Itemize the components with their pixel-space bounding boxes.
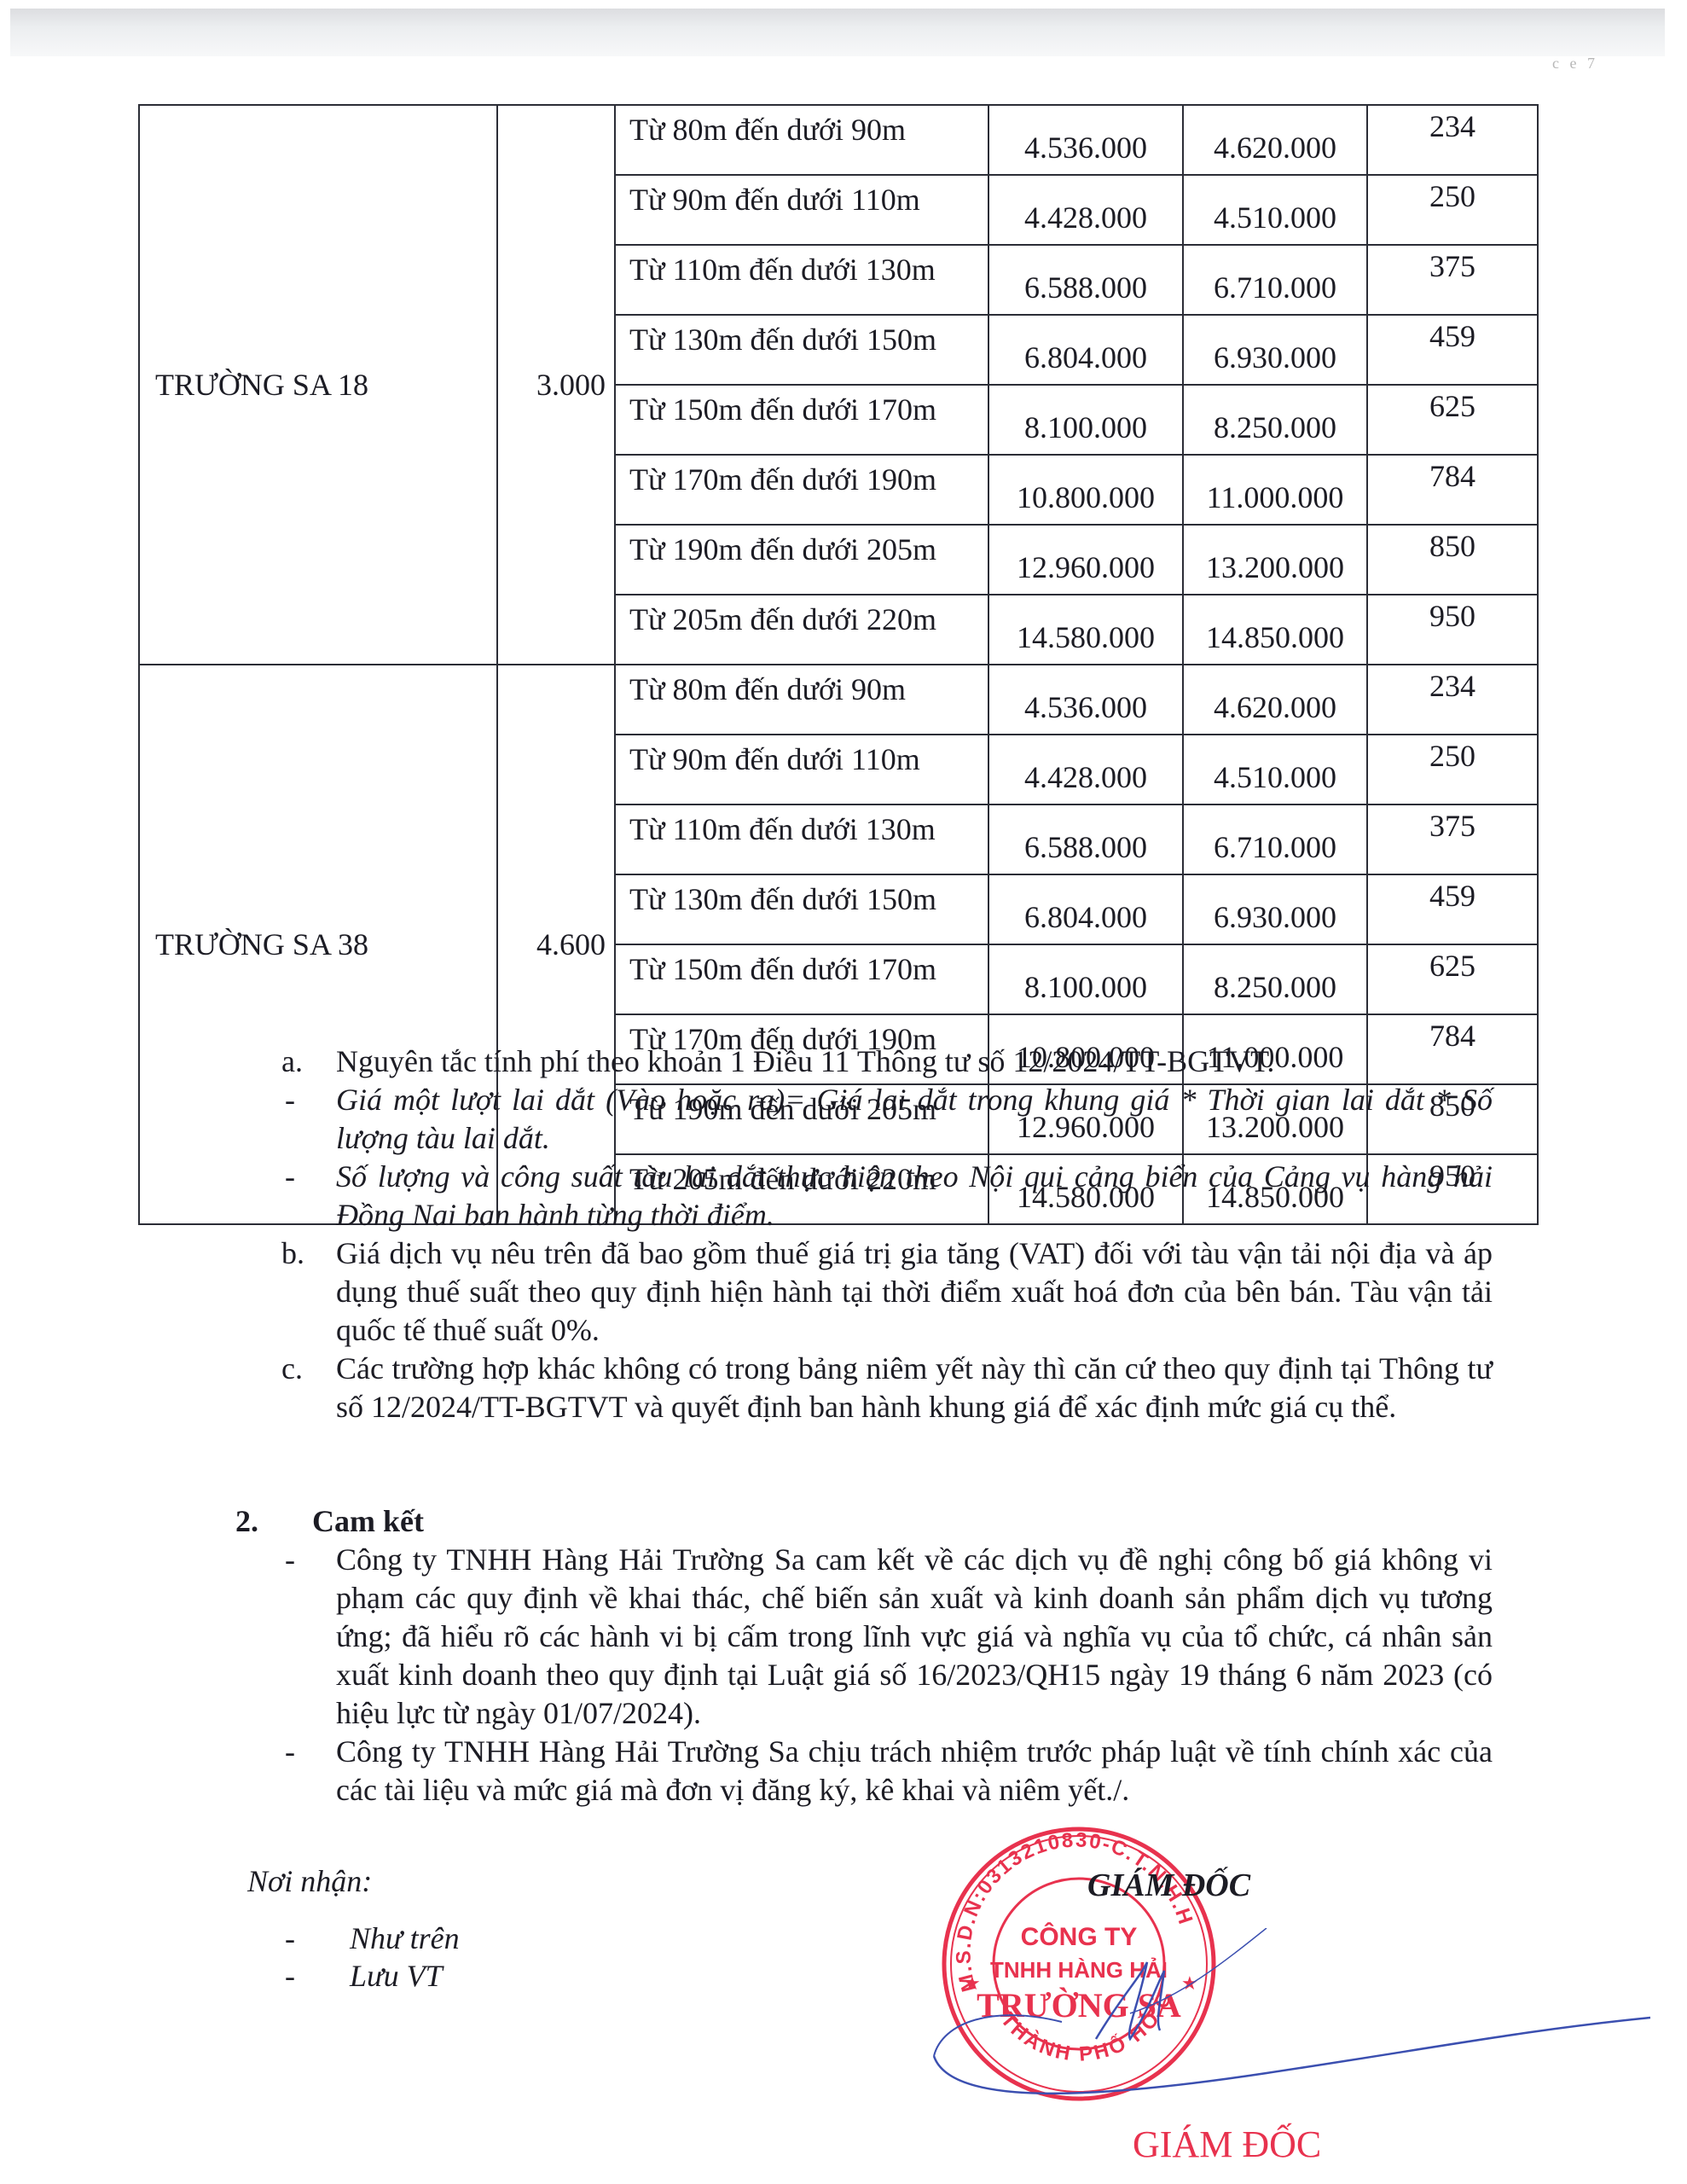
price-min-cell: 4.428.000 — [988, 175, 1183, 245]
price-min-cell: 6.588.000 — [988, 245, 1183, 315]
director-title: GIÁM ĐỐC — [1087, 1867, 1250, 1904]
note-text: Nguyên tắc tính phí theo khoản 1 Điều 11… — [336, 1044, 1274, 1078]
note-text: Các trường hợp khác không có trong bảng … — [336, 1351, 1493, 1424]
note-item: b.Giá dịch vụ nêu trên đã bao gồm thuế g… — [281, 1234, 1493, 1350]
range-cell: Từ 190m đến dưới 205m — [615, 525, 988, 595]
note-marker: b. — [281, 1234, 304, 1273]
usd-cell: 234 — [1367, 665, 1538, 735]
range-cell: Từ 80m đến dưới 90m — [615, 105, 988, 175]
price-max-cell: 11.000.000 — [1183, 455, 1367, 525]
price-max-cell: 4.510.000 — [1183, 735, 1367, 804]
table-row: TRƯỜNG SA 384.600Từ 80m đến dưới 90m4.53… — [139, 665, 1538, 735]
price-max-cell: 4.620.000 — [1183, 105, 1367, 175]
power-cell: 3.000 — [497, 105, 615, 665]
price-max-cell: 4.620.000 — [1183, 665, 1367, 735]
commitment-text: Công ty TNHH Hàng Hải Trường Sa cam kết … — [336, 1542, 1493, 1730]
note-item: c.Các trường hợp khác không có trong bản… — [281, 1350, 1493, 1426]
price-max-cell: 6.710.000 — [1183, 245, 1367, 315]
price-min-cell: 6.804.000 — [988, 874, 1183, 944]
commitment-item: -Công ty TNHH Hàng Hải Trường Sa cam kết… — [281, 1541, 1493, 1733]
price-min-cell: 14.580.000 — [988, 595, 1183, 665]
price-min-cell: 12.960.000 — [988, 525, 1183, 595]
price-max-cell: 8.250.000 — [1183, 385, 1367, 455]
range-cell: Từ 205m đến dưới 220m — [615, 595, 988, 665]
price-max-cell: 6.930.000 — [1183, 874, 1367, 944]
notes-section: a.Nguyên tắc tính phí theo khoản 1 Điều … — [281, 1043, 1493, 1426]
handwritten-signature — [925, 1928, 1659, 2133]
note-marker: a. — [281, 1043, 303, 1081]
usd-cell: 625 — [1367, 944, 1538, 1014]
note-text: Giá một lượt lai dắt (Vào hoặc ra)= Giá … — [336, 1083, 1493, 1155]
scan-mark: c e 7 — [1552, 55, 1598, 73]
price-min-cell: 6.804.000 — [988, 315, 1183, 385]
recipients-list: -Như trên -Lưu VT — [281, 1920, 460, 1995]
range-cell: Từ 170m đến dưới 190m — [615, 455, 988, 525]
recipient-item: -Như trên — [281, 1920, 460, 1957]
bullet-dash: - — [285, 1541, 295, 1579]
price-min-cell: 4.536.000 — [988, 665, 1183, 735]
scan-shadow — [10, 9, 1665, 56]
commitment-text: Công ty TNHH Hàng Hải Trường Sa chịu trá… — [336, 1734, 1493, 1807]
note-item: -Số lượng và công suất tàu lai dắt thực … — [281, 1158, 1493, 1234]
range-cell: Từ 130m đến dưới 150m — [615, 874, 988, 944]
section-number: 2. — [235, 1503, 312, 1539]
section-title: Cam kết — [312, 1504, 424, 1538]
usd-cell: 459 — [1367, 315, 1538, 385]
note-text: Giá dịch vụ nêu trên đã bao gồm thuế giá… — [336, 1236, 1493, 1347]
price-min-cell: 4.428.000 — [988, 735, 1183, 804]
usd-cell: 234 — [1367, 105, 1538, 175]
usd-cell: 784 — [1367, 455, 1538, 525]
range-cell: Từ 110m đến dưới 130m — [615, 245, 988, 315]
usd-cell: 850 — [1367, 525, 1538, 595]
price-min-cell: 4.536.000 — [988, 105, 1183, 175]
usd-cell: 375 — [1367, 804, 1538, 874]
price-min-cell: 8.100.000 — [988, 944, 1183, 1014]
usd-cell: 459 — [1367, 874, 1538, 944]
usd-cell: 250 — [1367, 735, 1538, 804]
price-max-cell: 8.250.000 — [1183, 944, 1367, 1014]
recipients-label: Nơi nhận: — [247, 1863, 372, 1899]
price-max-cell: 6.710.000 — [1183, 804, 1367, 874]
range-cell: Từ 90m đến dưới 110m — [615, 175, 988, 245]
price-min-cell: 6.588.000 — [988, 804, 1183, 874]
section-2-heading: 2.Cam kết — [235, 1503, 424, 1539]
usd-cell: 375 — [1367, 245, 1538, 315]
ship-name-cell: TRƯỜNG SA 18 — [139, 105, 497, 665]
range-cell: Từ 150m đến dưới 170m — [615, 385, 988, 455]
note-item: a.Nguyên tắc tính phí theo khoản 1 Điều … — [281, 1043, 1493, 1081]
commitment-item: -Công ty TNHH Hàng Hải Trường Sa chịu tr… — [281, 1733, 1493, 1809]
range-cell: Từ 110m đến dưới 130m — [615, 804, 988, 874]
usd-cell: 625 — [1367, 385, 1538, 455]
note-marker: c. — [281, 1350, 303, 1388]
bullet-dash: - — [285, 1733, 295, 1771]
note-marker: - — [285, 1081, 295, 1119]
note-item: -Giá một lượt lai dắt (Vào hoặc ra)= Giá… — [281, 1081, 1493, 1158]
price-max-cell: 4.510.000 — [1183, 175, 1367, 245]
price-max-cell: 13.200.000 — [1183, 525, 1367, 595]
price-min-cell: 10.800.000 — [988, 455, 1183, 525]
price-min-cell: 8.100.000 — [988, 385, 1183, 455]
range-cell: Từ 130m đến dưới 150m — [615, 315, 988, 385]
note-marker: - — [285, 1158, 295, 1196]
usd-cell: 250 — [1367, 175, 1538, 245]
range-cell: Từ 90m đến dưới 110m — [615, 735, 988, 804]
range-cell: Từ 80m đến dưới 90m — [615, 665, 988, 735]
recipient-item: -Lưu VT — [281, 1957, 460, 1995]
price-max-cell: 14.850.000 — [1183, 595, 1367, 665]
commitment-list: -Công ty TNHH Hàng Hải Trường Sa cam kết… — [281, 1541, 1493, 1809]
range-cell: Từ 150m đến dưới 170m — [615, 944, 988, 1014]
price-max-cell: 6.930.000 — [1183, 315, 1367, 385]
note-text: Số lượng và công suất tàu lai dắt thực h… — [336, 1159, 1493, 1232]
usd-cell: 950 — [1367, 595, 1538, 665]
table-row: TRƯỜNG SA 183.000Từ 80m đến dưới 90m4.53… — [139, 105, 1538, 175]
